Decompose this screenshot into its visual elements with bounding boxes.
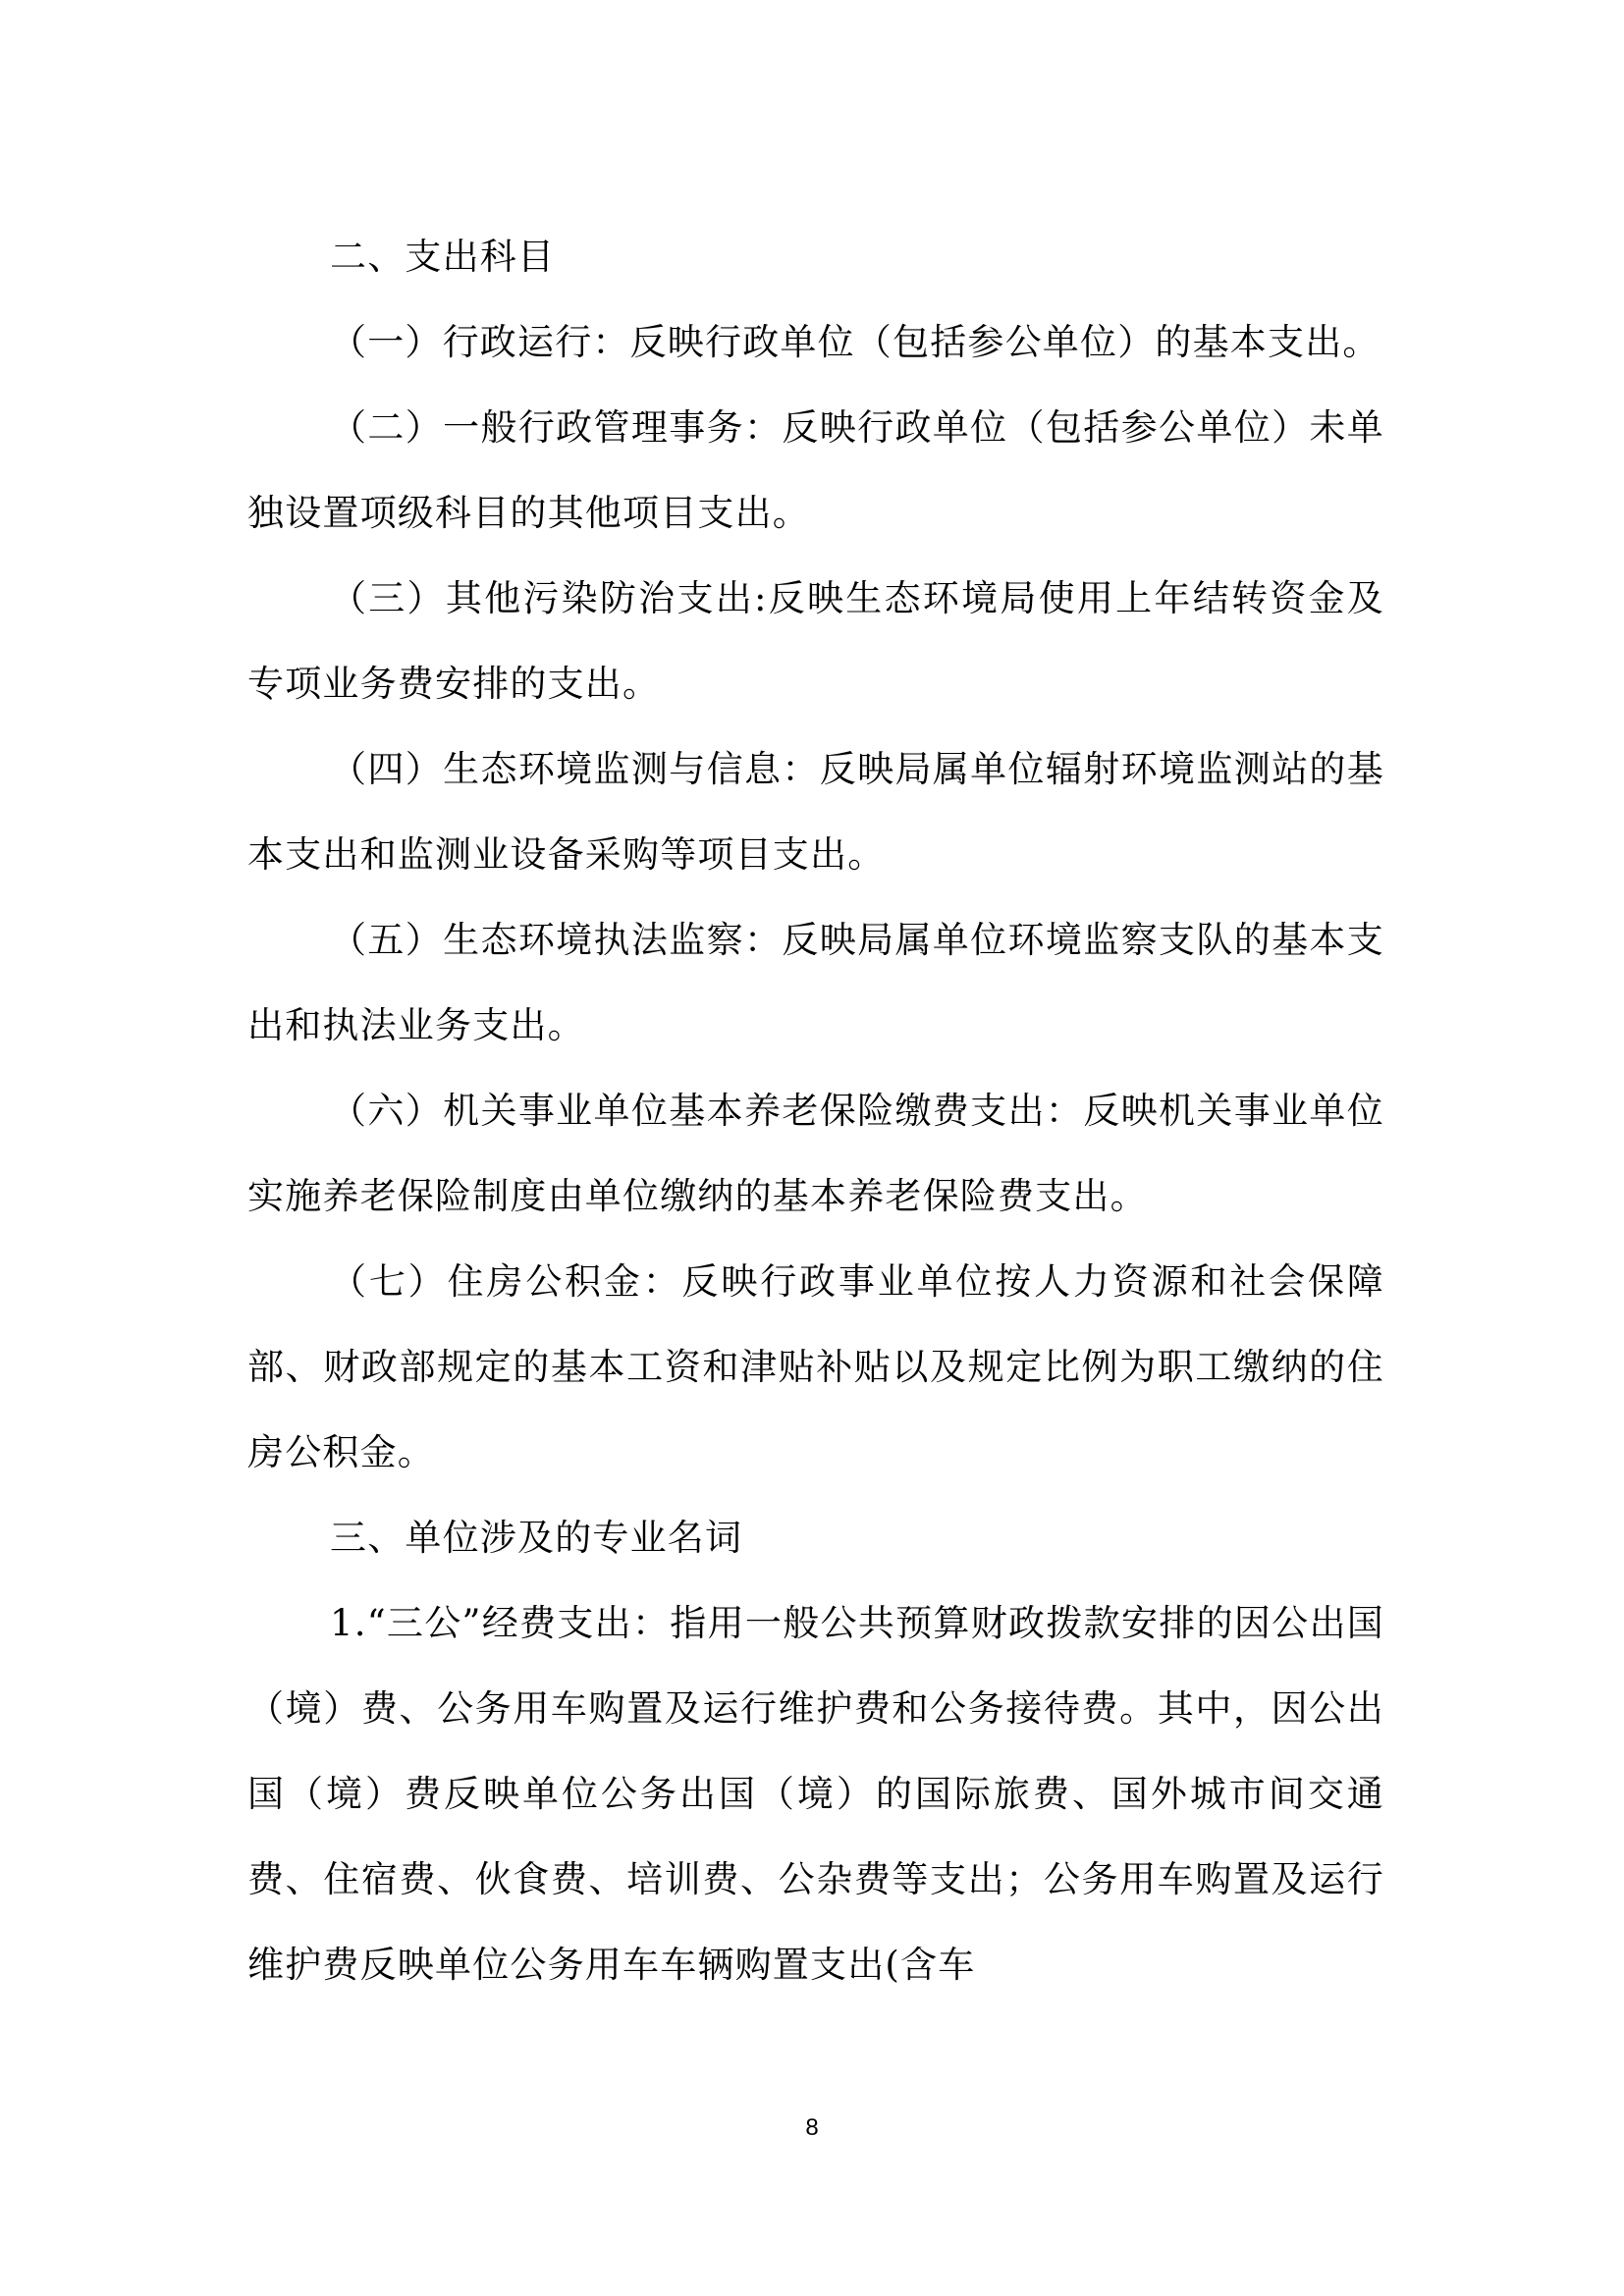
paragraph-eco-monitoring: （四）生态环境监测与信息：反映局属单位辐射环境监测站的基本支出和监测业设备采购等…: [247, 726, 1384, 897]
paragraph-pension-insurance: （六）机关事业单位基本养老保险缴费支出：反映机关事业单位实施养老保险制度由单位缴…: [247, 1068, 1384, 1239]
section-heading-terms: 三、单位涉及的专业名词: [247, 1495, 1384, 1580]
paragraph-housing-fund: （七）住房公积金：反映行政事业单位按人力资源和社会保障部、财政部规定的基本工资和…: [247, 1239, 1384, 1495]
paragraph-other-pollution-control: （三）其他污染防治支出:反映生态环境局使用上年结转资金及专项业务费安排的支出。: [247, 556, 1384, 726]
paragraph-three-public-expenses: 1.“三公”经费支出：指用一般公共预算财政拨款安排的因公出国（境）费、公务用车购…: [247, 1580, 1384, 2007]
paragraph-general-admin-affairs: （二）一般行政管理事务：反映行政单位（包括参公单位）未单独设置项级科目的其他项目…: [247, 385, 1384, 556]
paragraph-admin-operation: （一）行政运行：反映行政单位（包括参公单位）的基本支出。: [247, 299, 1384, 385]
paragraph-eco-law-enforcement: （五）生态环境执法监察：反映局属单位环境监察支队的基本支出和执法业务支出。: [247, 897, 1384, 1068]
document-page: 二、支出科目 （一）行政运行：反映行政单位（包括参公单位）的基本支出。 （二）一…: [247, 214, 1384, 2007]
section-heading-expenditure-items: 二、支出科目: [247, 214, 1384, 299]
page-number: 8: [0, 2114, 1624, 2142]
